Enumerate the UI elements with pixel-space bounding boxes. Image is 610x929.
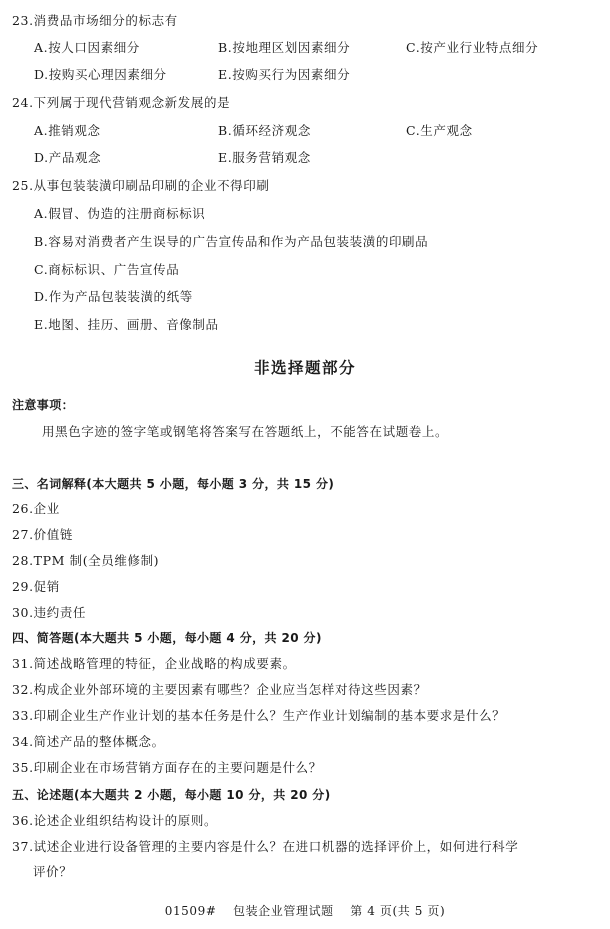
question-25-option-b: B.容易对消费者产生误导的广告宣传品和作为产品包装装潢的印刷品 — [34, 234, 428, 250]
section-5-item-37: 37.试述企业进行设备管理的主要内容是什么？在进口机器的选择评价上，如何进行科学 — [12, 839, 518, 855]
section-4-item-33: 33.印刷企业生产作业计划的基本任务是什么？生产作业计划编制的基本要求是什么？ — [12, 708, 505, 724]
question-24-option-d: D.产品观念 — [34, 150, 101, 166]
question-23-option-d: D.按购买心理因素细分 — [34, 67, 167, 83]
section-4-item-32: 32.构成企业外部环境的主要因素有哪些？企业应当怎样对待这些因素？ — [12, 682, 427, 698]
question-23-option-e: E.按购买行为因素细分 — [218, 67, 350, 83]
question-23-option-c: C.按产业行业特点细分 — [406, 40, 538, 56]
page-number: 第 4 页(共 5 页) — [350, 904, 445, 918]
question-24-option-a: A.推销观念 — [34, 123, 101, 139]
section-4-item-31: 31.简述战略管理的特征，企业战略的构成要素。 — [12, 656, 296, 672]
question-24-option-b: B.循环经济观念 — [218, 123, 311, 139]
page-footer: 01509# 包装企业管理试题 第 4 页(共 5 页) — [0, 902, 610, 919]
exam-code: 01509# — [165, 904, 217, 918]
notice-text: 用黑色字迹的签字笔或钢笔将答案写在答题纸上，不能答在试题卷上。 — [42, 424, 448, 440]
question-25-option-d: D.作为产品包装装潢的纸等 — [34, 289, 193, 305]
section-3-item-29: 29.促销 — [12, 579, 60, 595]
section-4-item-34: 34.简述产品的整体概念。 — [12, 734, 165, 750]
question-25-option-c: C.商标标识、广告宣传品 — [34, 262, 179, 278]
section-5-item-37-continuation: 评价？ — [33, 864, 72, 880]
question-23-stem: 23.消费品市场细分的标志有 — [12, 13, 178, 29]
section-3-item-28: 28.TPM 制(全员维修制) — [12, 553, 159, 569]
question-25-option-a: A.假冒、伪造的注册商标标识 — [34, 206, 205, 222]
exam-title: 包装企业管理试题 — [233, 904, 334, 918]
question-23-option-a: A.按人口因素细分 — [34, 40, 140, 56]
question-25-option-e: E.地图、挂历、画册、音像制品 — [34, 317, 219, 333]
question-24-option-c: C.生产观念 — [406, 123, 473, 139]
question-25-stem: 25.从事包装装潢印刷品印刷的企业不得印刷 — [12, 178, 269, 194]
notice-heading: 注意事项： — [12, 397, 74, 413]
section-4-heading: 四、简答题(本大题共 5 小题，每小题 4 分，共 20 分) — [12, 630, 322, 646]
section-3-item-30: 30.违约责任 — [12, 605, 86, 621]
question-24-option-e: E.服务营销观念 — [218, 150, 311, 166]
section-3-item-26: 26.企业 — [12, 501, 60, 517]
section-5-heading: 五、论述题(本大题共 2 小题，每小题 10 分，共 20 分) — [12, 787, 331, 803]
section-3-heading: 三、名词解释(本大题共 5 小题，每小题 3 分，共 15 分) — [12, 476, 334, 492]
section-3-item-27: 27.价值链 — [12, 527, 73, 543]
section-5-item-36: 36.论述企业组织结构设计的原则。 — [12, 813, 217, 829]
section-4-item-35: 35.印刷企业在市场营销方面存在的主要问题是什么？ — [12, 760, 322, 776]
question-23-option-b: B.按地理区划因素细分 — [218, 40, 350, 56]
part-title: 非选择题部分 — [0, 356, 610, 378]
question-24-stem: 24.下列属于现代营销观念新发展的是 — [12, 95, 230, 111]
